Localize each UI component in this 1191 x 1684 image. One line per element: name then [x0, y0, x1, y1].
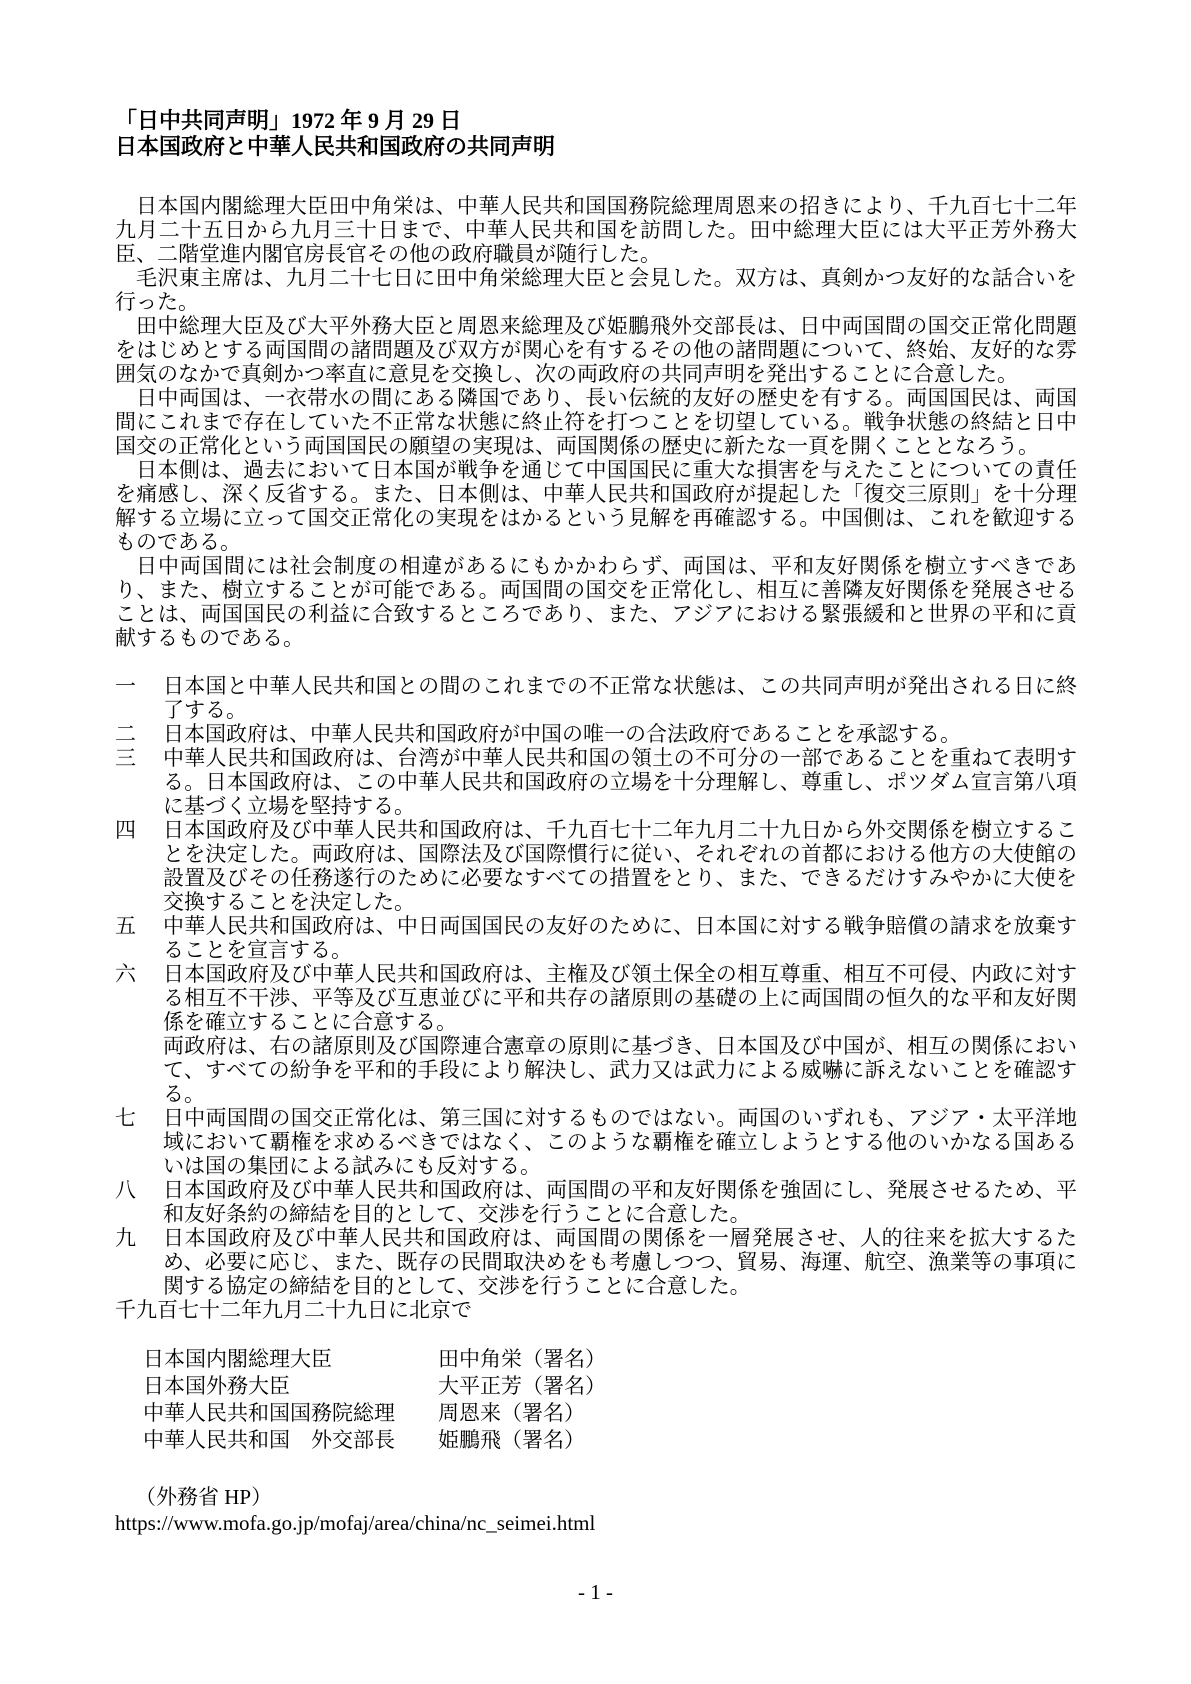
signature-title-1: 日本国内閣総理大臣	[143, 1346, 438, 1373]
document-title-line1: 「日中共同声明」1972 年 9 月 29 日	[115, 108, 1077, 134]
paragraph-1: 日本国内閣総理大臣田中角栄は、中華人民共和国国務院総理周恩来の招きにより、千九百…	[115, 194, 1077, 266]
article-9-number: 九	[115, 1226, 163, 1250]
article-5-text: 中華人民共和国政府は、中日両国国民の友好のために、日本国に対する戦争賠償の請求を…	[163, 914, 1077, 962]
document-page: 「日中共同声明」1972 年 9 月 29 日 日本国政府と中華人民共和国政府の…	[0, 0, 1191, 1684]
signature-name-2: 大平正芳（署名）	[438, 1373, 1077, 1400]
article-2-paragraph-1: 日本国政府は、中華人民共和国政府が中国の唯一の合法政府であることを承認する。	[163, 722, 1077, 746]
page-number: - 1 -	[0, 1580, 1191, 1604]
paragraph-4: 日中両国は、一衣帯水の間にある隣国であり、長い伝統的友好の歴史を有する。両国国民…	[115, 386, 1077, 458]
article-6-number: 六	[115, 962, 163, 986]
article-5-paragraph-1: 中華人民共和国政府は、中日両国国民の友好のために、日本国に対する戦争賠償の請求を…	[163, 914, 1077, 962]
article-6-paragraph-2: 両政府は、右の諸原則及び国際連合憲章の原則に基づき、日本国及び中国が、相互の関係…	[163, 1034, 1077, 1106]
article-9: 九日本国政府及び中華人民共和国政府は、両国間の関係を一層発展させ、人的往来を拡大…	[115, 1226, 1077, 1298]
signature-row-2: 日本国外務大臣大平正芳（署名）	[143, 1373, 1077, 1400]
article-2-text: 日本国政府は、中華人民共和国政府が中国の唯一の合法政府であることを承認する。	[163, 722, 1077, 746]
article-7: 七日中両国間の国交正常化は、第三国に対するものではない。両国のいずれも、アジア・…	[115, 1106, 1077, 1178]
signature-title-2: 日本国外務大臣	[143, 1373, 438, 1400]
body-paragraphs: 日本国内閣総理大臣田中角栄は、中華人民共和国国務院総理周恩来の招きにより、千九百…	[115, 194, 1077, 650]
source-block: （外務省 HP） https://www.mofa.go.jp/mofaj/ar…	[115, 1484, 1077, 1536]
signature-block: 日本国内閣総理大臣田中角栄（署名）日本国外務大臣大平正芳（署名）中華人民共和国国…	[115, 1346, 1077, 1454]
article-5-number: 五	[115, 914, 163, 938]
article-3: 三中華人民共和国政府は、台湾が中華人民共和国の領土の不可分の一部であることを重ね…	[115, 746, 1077, 818]
numbered-articles: 一日本国と中華人民共和国との間のこれまでの不正常な状態は、この共同声明が発出され…	[115, 674, 1077, 1298]
article-4-paragraph-1: 日本国政府及び中華人民共和国政府は、千九百七十二年九月二十九日から外交関係を樹立…	[163, 818, 1077, 914]
signature-row-3: 中華人民共和国国務院総理周恩来（署名）	[143, 1400, 1077, 1427]
signature-name-4: 姫鵬飛（署名）	[438, 1427, 1077, 1454]
paragraph-2: 毛沢東主席は、九月二十七日に田中角栄総理大臣と会見した。双方は、真剣かつ友好的な…	[115, 266, 1077, 314]
article-6-paragraph-1: 日本国政府及び中華人民共和国政府は、主権及び領土保全の相互尊重、相互不可侵、内政…	[163, 962, 1077, 1034]
article-5: 五中華人民共和国政府は、中日両国国民の友好のために、日本国に対する戦争賠償の請求…	[115, 914, 1077, 962]
article-7-number: 七	[115, 1106, 163, 1130]
article-4-number: 四	[115, 818, 163, 842]
document-header: 「日中共同声明」1972 年 9 月 29 日 日本国政府と中華人民共和国政府の…	[115, 108, 1077, 160]
article-1-text: 日本国と中華人民共和国との間のこれまでの不正常な状態は、この共同声明が発出される…	[163, 674, 1077, 722]
article-1-paragraph-1: 日本国と中華人民共和国との間のこれまでの不正常な状態は、この共同声明が発出される…	[163, 674, 1077, 722]
article-9-text: 日本国政府及び中華人民共和国政府は、両国間の関係を一層発展させ、人的往来を拡大す…	[163, 1226, 1077, 1298]
article-2: 二日本国政府は、中華人民共和国政府が中国の唯一の合法政府であることを承認する。	[115, 722, 1077, 746]
date-place-line: 千九百七十二年九月二十九日に北京で	[115, 1298, 1077, 1322]
source-label: （外務省 HP）	[115, 1484, 1077, 1510]
article-7-paragraph-1: 日中両国間の国交正常化は、第三国に対するものではない。両国のいずれも、アジア・太…	[163, 1106, 1077, 1178]
signature-name-1: 田中角栄（署名）	[438, 1346, 1077, 1373]
article-1: 一日本国と中華人民共和国との間のこれまでの不正常な状態は、この共同声明が発出され…	[115, 674, 1077, 722]
article-3-number: 三	[115, 746, 163, 770]
article-9-paragraph-1: 日本国政府及び中華人民共和国政府は、両国間の関係を一層発展させ、人的往来を拡大す…	[163, 1226, 1077, 1298]
signature-title-3: 中華人民共和国国務院総理	[143, 1400, 438, 1427]
article-8-number: 八	[115, 1178, 163, 1202]
article-8: 八日本国政府及び中華人民共和国政府は、両国間の平和友好関係を強固にし、発展させる…	[115, 1178, 1077, 1226]
article-3-paragraph-1: 中華人民共和国政府は、台湾が中華人民共和国の領土の不可分の一部であることを重ねて…	[163, 746, 1077, 818]
article-4-text: 日本国政府及び中華人民共和国政府は、千九百七十二年九月二十九日から外交関係を樹立…	[163, 818, 1077, 914]
article-2-number: 二	[115, 722, 163, 746]
article-8-text: 日本国政府及び中華人民共和国政府は、両国間の平和友好関係を強固にし、発展させるた…	[163, 1178, 1077, 1226]
source-url-link[interactable]: https://www.mofa.go.jp/mofaj/area/china/…	[115, 1510, 595, 1536]
article-1-number: 一	[115, 674, 163, 698]
signature-row-4: 中華人民共和国 外交部長姫鵬飛（署名）	[143, 1427, 1077, 1454]
article-6: 六日本国政府及び中華人民共和国政府は、主権及び領土保全の相互尊重、相互不可侵、内…	[115, 962, 1077, 1106]
article-7-text: 日中両国間の国交正常化は、第三国に対するものではない。両国のいずれも、アジア・太…	[163, 1106, 1077, 1178]
article-3-text: 中華人民共和国政府は、台湾が中華人民共和国の領土の不可分の一部であることを重ねて…	[163, 746, 1077, 818]
document-title-line2: 日本国政府と中華人民共和国政府の共同声明	[115, 134, 1077, 160]
document-content: 「日中共同声明」1972 年 9 月 29 日 日本国政府と中華人民共和国政府の…	[115, 108, 1077, 1536]
article-8-paragraph-1: 日本国政府及び中華人民共和国政府は、両国間の平和友好関係を強固にし、発展させるた…	[163, 1178, 1077, 1226]
signature-row-1: 日本国内閣総理大臣田中角栄（署名）	[143, 1346, 1077, 1373]
paragraph-5: 日本側は、過去において日本国が戦争を通じて中国国民に重大な損害を与えたことについ…	[115, 458, 1077, 554]
paragraph-3: 田中総理大臣及び大平外務大臣と周恩来総理及び姫鵬飛外交部長は、日中両国間の国交正…	[115, 314, 1077, 386]
signature-name-3: 周恩来（署名）	[438, 1400, 1077, 1427]
article-6-text: 日本国政府及び中華人民共和国政府は、主権及び領土保全の相互尊重、相互不可侵、内政…	[163, 962, 1077, 1106]
signature-title-4: 中華人民共和国 外交部長	[143, 1427, 438, 1454]
paragraph-6: 日中両国間には社会制度の相違があるにもかかわらず、両国は、平和友好関係を樹立すべ…	[115, 554, 1077, 650]
article-4: 四日本国政府及び中華人民共和国政府は、千九百七十二年九月二十九日から外交関係を樹…	[115, 818, 1077, 914]
